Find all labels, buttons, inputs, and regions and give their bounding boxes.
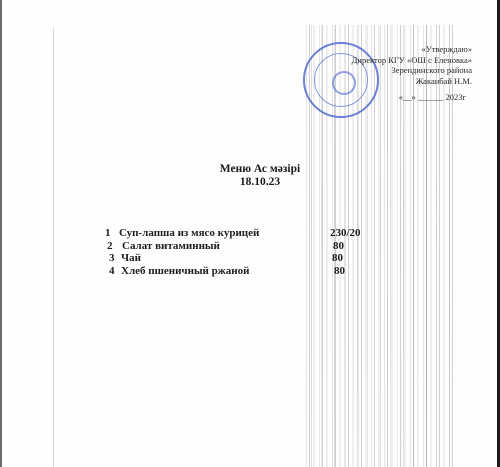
menu-item: 3 Чай 80 — [105, 252, 405, 265]
menu-item-name: Чай — [121, 252, 141, 265]
approval-signatory: Жаканбай Н.М. — [312, 76, 472, 87]
page-left-edge — [0, 0, 2, 467]
menu-title-block: Меню Ас мәзірі 18.10.23 — [200, 163, 320, 189]
menu-item-quantity: 80 — [333, 240, 344, 253]
menu-item-quantity: 80 — [332, 252, 343, 265]
menu-item-name: Хлеб пшеничный ржаной — [121, 265, 249, 278]
menu-item-name: Суп-лапша из мясо курицей — [119, 227, 259, 240]
approval-district: Зерендинского района — [312, 65, 472, 76]
menu-item-number: 1 — [105, 227, 111, 240]
approval-heading: «Утверждаю» — [312, 44, 472, 55]
menu-item-number: 4 — [109, 265, 115, 278]
approval-date: «__» ______ 2023г — [312, 92, 472, 103]
menu-item: 1 Суп-лапша из мясо курицей 230/20 — [105, 227, 405, 240]
menu-list: 1 Суп-лапша из мясо курицей 230/20 2 Сал… — [105, 227, 405, 277]
menu-item-name: Салат витаминный — [122, 240, 220, 253]
menu-item-quantity: 230/20 — [330, 227, 361, 240]
menu-item-number: 3 — [109, 252, 115, 265]
scan-fold-line — [53, 28, 54, 467]
approval-block: «Утверждаю» Директор КГУ «ОШ с Еленовка»… — [312, 44, 472, 103]
menu-item: 2 Салат витаминный 80 — [105, 240, 405, 253]
approval-director: Директор КГУ «ОШ с Еленовка» — [312, 55, 472, 66]
menu-item: 4 Хлеб пшеничный ржаной 80 — [105, 265, 405, 278]
menu-item-quantity: 80 — [334, 265, 345, 278]
menu-item-number: 2 — [107, 240, 113, 253]
scanned-document-page: «Утверждаю» Директор КГУ «ОШ с Еленовка»… — [0, 0, 500, 467]
menu-title: Меню Ас мәзірі — [200, 163, 320, 176]
menu-date: 18.10.23 — [200, 176, 320, 189]
